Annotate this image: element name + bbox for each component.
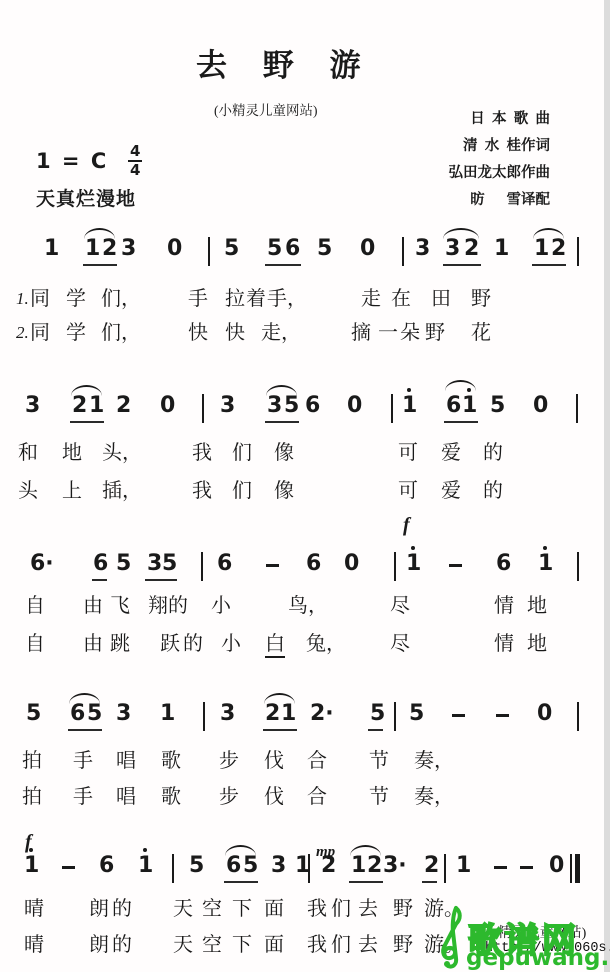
lyric-syllable: 田 [431,288,451,310]
note-digit: 1 [534,238,549,260]
lyric-syllable: 面 [264,898,284,920]
lyric-syllable: 鸟， [288,595,328,617]
note-digit: 2 [116,395,131,417]
beam-line [444,421,478,423]
note-digit: 3· [383,855,407,877]
note-digit: 1 [24,855,39,877]
duration-dash [449,564,462,567]
watermark-caption: (小精灵儿童网站) [479,922,586,942]
dynamic-mark: mp [316,843,335,861]
lyric-syllable: 情 [494,595,514,617]
lyric-syllable: 手 [188,288,208,310]
slur-arc [533,228,564,239]
note-digit: 6 [446,395,461,417]
duration-dash [520,866,533,869]
note-digit: 1 [351,855,366,877]
duration-dash [62,866,75,869]
time-bottom: 4 [130,163,140,178]
note-digit: 0 [360,238,375,260]
lyric-syllable: 地 [527,633,547,655]
lyric-syllable: 去 [358,898,378,920]
tempo-marking: 天真烂漫地 [36,184,136,211]
lyric-syllable: 空 [202,898,222,920]
lyric-syllable: 下 [232,898,252,920]
octave-dot [143,848,147,852]
lyric-syllable: 的 [183,633,203,655]
note-digit: 5 [370,703,385,725]
lyric-syllable: 可 [398,480,418,502]
barline [444,854,446,883]
note-digit: 5 [87,703,102,725]
barline [391,394,393,423]
lyric-syllable: 合 [307,750,327,772]
note-digit: 3 [25,395,40,417]
lyric-syllable: 白 [265,633,285,658]
lyric-syllable: 们 [331,898,351,920]
note-digit: 5 [189,855,204,877]
lyric-syllable: 空 [202,934,222,956]
beam-line [265,421,299,423]
lyric-syllable: 爱 [441,480,461,502]
lyric-syllable: 下 [232,934,252,956]
lyric-syllable: 在 [391,288,411,310]
note-digit: 6 [285,238,300,260]
beam-line [92,579,107,581]
credit-line: 日 本 歌 曲 [449,106,551,133]
lyric-syllable: 手， [267,288,307,310]
note-digit: 2 [424,855,439,877]
lyric-syllable: 跃 [160,633,180,655]
lyric-syllable: 手 [73,786,93,808]
lyric-syllable: 拍 [22,750,42,772]
lyric-syllable: 走， [261,322,301,344]
lyric-syllable: 的 [483,442,503,464]
lyric-syllable: 自 [25,633,45,655]
note-digit: 6 [217,553,232,575]
lyric-syllable: 像 [274,442,294,464]
lyric-syllable: 我 [192,480,212,502]
lyric-syllable: 我 [307,934,327,956]
note-digit: 1 [456,855,471,877]
lyric-syllable: 节 [369,786,389,808]
time-signature: 4 4 [128,144,142,178]
octave-dot [543,546,547,550]
note-digit: 1 [89,395,104,417]
note-digit: 3 [220,395,235,417]
lyric-syllable: 的 [112,934,132,956]
note-digit: 3 [271,855,286,877]
lyric-syllable: 们， [101,322,141,344]
beam-line [349,881,383,883]
lyric-syllable: 2. [16,322,29,344]
note-digit: 6 [306,553,321,575]
watermark-domain: gepuwang.net [466,945,610,971]
lyric-syllable: 步 [219,786,239,808]
lyric-syllable: 歌 [161,750,181,772]
watermark-url: http://www.060s.com [485,941,610,956]
note-digit: 3 [116,703,131,725]
time-top: 4 [130,144,140,159]
note-digit: 3 [121,238,136,260]
note-digit: 3 [267,395,282,417]
lyric-syllable: 我 [307,898,327,920]
barline [402,237,404,266]
lyric-syllable: 像 [274,480,294,502]
note-digit: 6 [496,553,511,575]
lyric-syllable: 地 [62,442,82,464]
lyric-syllable: 合 [307,786,327,808]
note-digit: 2 [72,395,87,417]
beam-line [532,264,566,266]
note-digit: 2 [367,855,382,877]
lyric-syllable: 小 [221,633,241,655]
lyric-syllable: 飞 [110,595,130,617]
octave-dot [407,388,411,392]
lyric-syllable: 的 [168,595,188,617]
scan-edge-strip [604,0,610,972]
lyric-syllable: 手 [73,750,93,772]
note-digit: 2 [464,238,479,260]
lyric-syllable: 1. [16,288,29,310]
lyric-syllable: 和 [18,442,38,464]
note-digit: 6 [99,855,114,877]
barline [172,854,174,883]
beam-line [422,881,437,883]
lyric-syllable: 天 [173,934,193,956]
dynamic-mark: f [403,516,410,534]
lyric-syllable: 拍 [22,786,42,808]
credit-line: 昉 雪译配 [449,187,551,214]
note-digit: 1 [160,703,175,725]
beam-line [443,264,481,266]
lyric-syllable: 花 [471,322,491,344]
note-digit: 6 [70,703,85,725]
note-digit: 1 [402,395,417,417]
octave-dot [411,546,415,550]
note-digit: 2 [551,238,566,260]
lyric-syllable: 伐 [264,786,284,808]
lyric-syllable: 地 [527,595,547,617]
beam-line [68,729,102,731]
lyric-syllable: 摘 [351,322,371,344]
note-digit: 6· [30,553,54,575]
note-digit: 1 [44,238,59,260]
lyric-syllable: 头 [18,480,38,502]
note-digit: 6 [93,553,108,575]
barline [577,702,579,731]
note-digit: 5 [243,855,258,877]
note-digit: 5 [224,238,239,260]
note-digit: 0 [549,855,564,877]
lyric-syllable: 头， [102,442,142,464]
beam-line [263,729,297,731]
note-digit: 6 [226,855,241,877]
lyric-syllable: 由 [83,633,103,655]
lyric-syllable: 朗 [89,934,109,956]
lyric-syllable: 拉 [225,288,245,310]
song-title: 去 野 游 [196,40,375,85]
lyric-syllable: 朗 [89,898,109,920]
slur-arc [264,693,295,704]
barline [201,552,203,581]
lyric-syllable: 快 [225,322,245,344]
lyric-syllable: 上 [62,480,82,502]
lyric-syllable: 爱 [441,442,461,464]
slur-arc [443,228,479,239]
lyric-syllable: 着 [246,288,266,310]
note-digit: 5 [116,553,131,575]
barline [394,552,396,581]
lyric-syllable: 天 [173,898,193,920]
note-digit: 5 [26,703,41,725]
beam-line [265,264,301,266]
lyric-syllable: 野 [425,322,445,344]
note-digit: 1 [538,553,553,575]
slur-arc [350,845,381,856]
note-digit: 5 [267,238,282,260]
credit-line: 弘田龙太郎作曲 [449,160,551,187]
slur-arc [84,228,115,239]
lyric-syllable: 翔 [148,595,168,617]
barline [576,394,578,423]
barline [202,394,204,423]
note-digit: 0 [167,238,182,260]
lyric-syllable: 我 [192,442,212,464]
note-digit: 1 [138,855,153,877]
lyric-syllable: 情 [494,633,514,655]
lyric-syllable: 插， [102,480,142,502]
note-digit: 1 [494,238,509,260]
lyric-syllable: 节 [369,750,389,772]
duration-dash [496,714,509,717]
duration-dash [494,866,507,869]
watermark-site-name: 歌谱网 [468,913,579,962]
note-digit: 5 [409,703,424,725]
lyric-syllable: 面 [264,934,284,956]
lyric-syllable: 晴 [24,934,44,956]
note-digit: 2 [102,238,117,260]
lyric-syllable: 野 [471,288,491,310]
note-digit: 3 [147,553,162,575]
barline [577,237,579,266]
note-digit: 0 [160,395,175,417]
note-digit: 3 [415,238,430,260]
lyric-syllable: 晴 [24,898,44,920]
note-digit: 0 [537,703,552,725]
barline [203,702,205,731]
lyric-syllable: 们， [101,288,141,310]
slur-arc [266,385,297,396]
lyric-syllable: 同 [30,288,50,310]
note-digit: 5 [284,395,299,417]
beam-line [145,579,177,581]
note-digit: 1 [85,238,100,260]
lyric-syllable: 尽 [390,633,410,655]
lyric-syllable: 步 [219,750,239,772]
lyric-syllable: 的 [112,898,132,920]
sheet-music-page: 去 野 游 (小精灵儿童网站) 日 本 歌 曲清 水 桂作词弘田龙太郎作曲昉 雪… [0,0,610,972]
note-digit: 1 [462,395,477,417]
lyric-syllable: 兔， [306,633,346,655]
lyric-syllable: 快 [188,322,208,344]
lyric-syllable: 奏， [414,750,454,772]
credits-block: 日 本 歌 曲清 水 桂作词弘田龙太郎作曲昉 雪译配 [449,106,551,214]
note-digit: 5 [317,238,332,260]
lyric-syllable: 野 [393,934,413,956]
lyric-syllable: 们 [232,480,252,502]
note-digit: 0 [344,553,359,575]
beam-line [224,881,258,883]
slur-arc [71,385,102,396]
lyric-syllable: 自 [25,595,45,617]
beam-line [368,729,383,731]
barline [308,854,310,883]
slur-arc [225,845,256,856]
barline [577,552,579,581]
lyric-syllable: 可 [398,442,418,464]
barline [208,237,210,266]
lyric-syllable: 唱 [116,750,136,772]
lyric-syllable: 们 [232,442,252,464]
site-subtitle: (小精灵儿童网站) [214,99,318,119]
lyric-syllable: 去 [358,934,378,956]
duration-dash [266,564,279,567]
key-signature: 1 = C 4 4 [36,144,142,178]
lyric-syllable: 尽 [390,595,410,617]
lyric-syllable: 学 [66,288,86,310]
beam-line [70,421,104,423]
note-digit: 6 [305,395,320,417]
lyric-syllable: 伐 [264,750,284,772]
lyric-syllable: 奏， [414,786,454,808]
note-digit: 3 [220,703,235,725]
duration-dash [452,714,465,717]
lyric-syllable: 唱 [116,786,136,808]
beam-line [83,264,117,266]
note-digit: 3 [445,238,460,260]
lyric-syllable: 同 [30,322,50,344]
lyric-syllable: 朵 [400,322,420,344]
lyric-syllable: 小 [211,595,231,617]
slur-arc [69,693,100,704]
lyric-syllable: 野 [393,898,413,920]
note-digit: 0 [347,395,362,417]
lyric-syllable: 的 [483,480,503,502]
final-barline-thin [570,854,572,883]
key-text: 1 = C [36,149,108,173]
lyric-syllable: 游。 [424,898,464,920]
lyric-syllable: 跳 [110,633,130,655]
slur-arc [445,380,476,391]
credit-line: 清 水 桂作词 [449,133,551,160]
lyric-syllable: 学 [66,322,86,344]
dynamic-mark: f [25,833,32,851]
lyric-syllable: 走 [361,288,381,310]
final-barline-thick [575,854,580,883]
note-digit: 5 [162,553,177,575]
note-digit: 5 [490,395,505,417]
note-digit: 2 [265,703,280,725]
lyric-syllable: 一 [378,322,398,344]
lyric-syllable: 游。 [424,934,464,956]
lyric-syllable: 由 [83,595,103,617]
note-digit: 1 [281,703,296,725]
note-digit: 2· [310,703,334,725]
note-digit: 0 [533,395,548,417]
note-digit: 1 [406,553,421,575]
lyric-syllable: 们 [331,934,351,956]
lyric-syllable: 歌 [161,786,181,808]
barline [394,702,396,731]
